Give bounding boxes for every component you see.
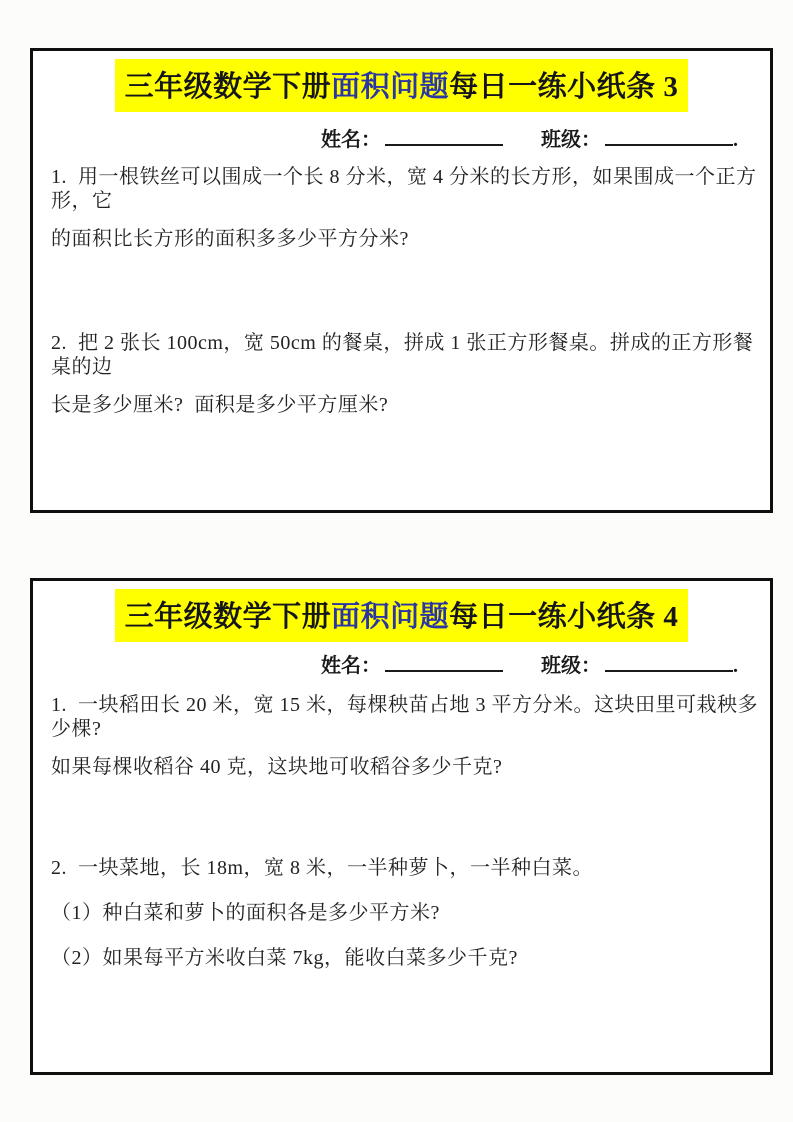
title-highlight: 三年级数学下册面积问题每日一练小纸条 3 bbox=[115, 59, 689, 112]
title-pre: 三年级数学下册 bbox=[125, 71, 332, 103]
worksheet-title: 三年级数学下册面积问题每日一练小纸条 4 bbox=[33, 589, 770, 642]
name-label: 姓名： bbox=[321, 655, 381, 677]
class-label: 班级： bbox=[541, 655, 601, 677]
problem-line: 2. 把 2 张长 100cm，宽 50cm 的餐桌，拼成 1 张正方形餐桌。拼… bbox=[51, 331, 762, 379]
problem-2: 2. 一块菜地，长 18m，宽 8 米，一半种萝卜，一半种白菜。 （1）种白菜和… bbox=[51, 856, 762, 991]
title-post: 每日一练小纸条 4 bbox=[449, 601, 678, 633]
class-label: 班级： bbox=[541, 129, 601, 151]
worksheet-card-3: 三年级数学下册面积问题每日一练小纸条 3 姓名：班级：. 1. 用一根铁丝可以围… bbox=[30, 48, 773, 513]
problem-line: （1）种白菜和萝卜的面积各是多少平方米? bbox=[51, 901, 762, 925]
title-post: 每日一练小纸条 3 bbox=[449, 71, 678, 103]
title-accent: 面积问题 bbox=[331, 601, 449, 633]
trailing-period: . bbox=[733, 655, 738, 677]
worksheet-title: 三年级数学下册面积问题每日一练小纸条 3 bbox=[33, 59, 770, 112]
name-blank bbox=[385, 650, 503, 672]
name-class-row: 姓名：班级：. bbox=[321, 123, 738, 152]
class-blank bbox=[605, 650, 733, 672]
problem-line: （2）如果每平方米收白菜 7kg，能收白菜多少千克? bbox=[51, 946, 762, 970]
trailing-period: . bbox=[733, 129, 738, 151]
problem-line: 1. 一块稻田长 20 米，宽 15 米，每棵秧苗占地 3 平方分米。这块田里可… bbox=[51, 693, 762, 741]
problem-line: 2. 一块菜地，长 18m，宽 8 米，一半种萝卜，一半种白菜。 bbox=[51, 856, 762, 880]
class-blank bbox=[605, 124, 733, 146]
title-pre: 三年级数学下册 bbox=[125, 601, 332, 633]
problem-1: 1. 一块稻田长 20 米，宽 15 米，每棵秧苗占地 3 平方分米。这块田里可… bbox=[51, 693, 762, 793]
page: { "colors": { "highlight_yellow": "#ffff… bbox=[0, 0, 793, 1122]
name-class-row: 姓名：班级：. bbox=[321, 649, 738, 678]
title-highlight: 三年级数学下册面积问题每日一练小纸条 4 bbox=[115, 589, 689, 642]
problem-line: 长是多少厘米? 面积是多少平方厘米? bbox=[51, 393, 762, 417]
problem-2: 2. 把 2 张长 100cm，宽 50cm 的餐桌，拼成 1 张正方形餐桌。拼… bbox=[51, 331, 762, 431]
problem-line: 的面积比长方形的面积多多少平方分米? bbox=[51, 227, 762, 251]
title-accent: 面积问题 bbox=[331, 71, 449, 103]
worksheet-card-4: 三年级数学下册面积问题每日一练小纸条 4 姓名：班级：. 1. 一块稻田长 20… bbox=[30, 578, 773, 1075]
problem-1: 1. 用一根铁丝可以围成一个长 8 分米，宽 4 分米的长方形，如果围成一个正方… bbox=[51, 165, 762, 265]
problem-line: 1. 用一根铁丝可以围成一个长 8 分米，宽 4 分米的长方形，如果围成一个正方… bbox=[51, 165, 762, 213]
name-label: 姓名： bbox=[321, 129, 381, 151]
problem-line: 如果每棵收稻谷 40 克，这块地可收稻谷多少千克? bbox=[51, 755, 762, 779]
name-blank bbox=[385, 124, 503, 146]
